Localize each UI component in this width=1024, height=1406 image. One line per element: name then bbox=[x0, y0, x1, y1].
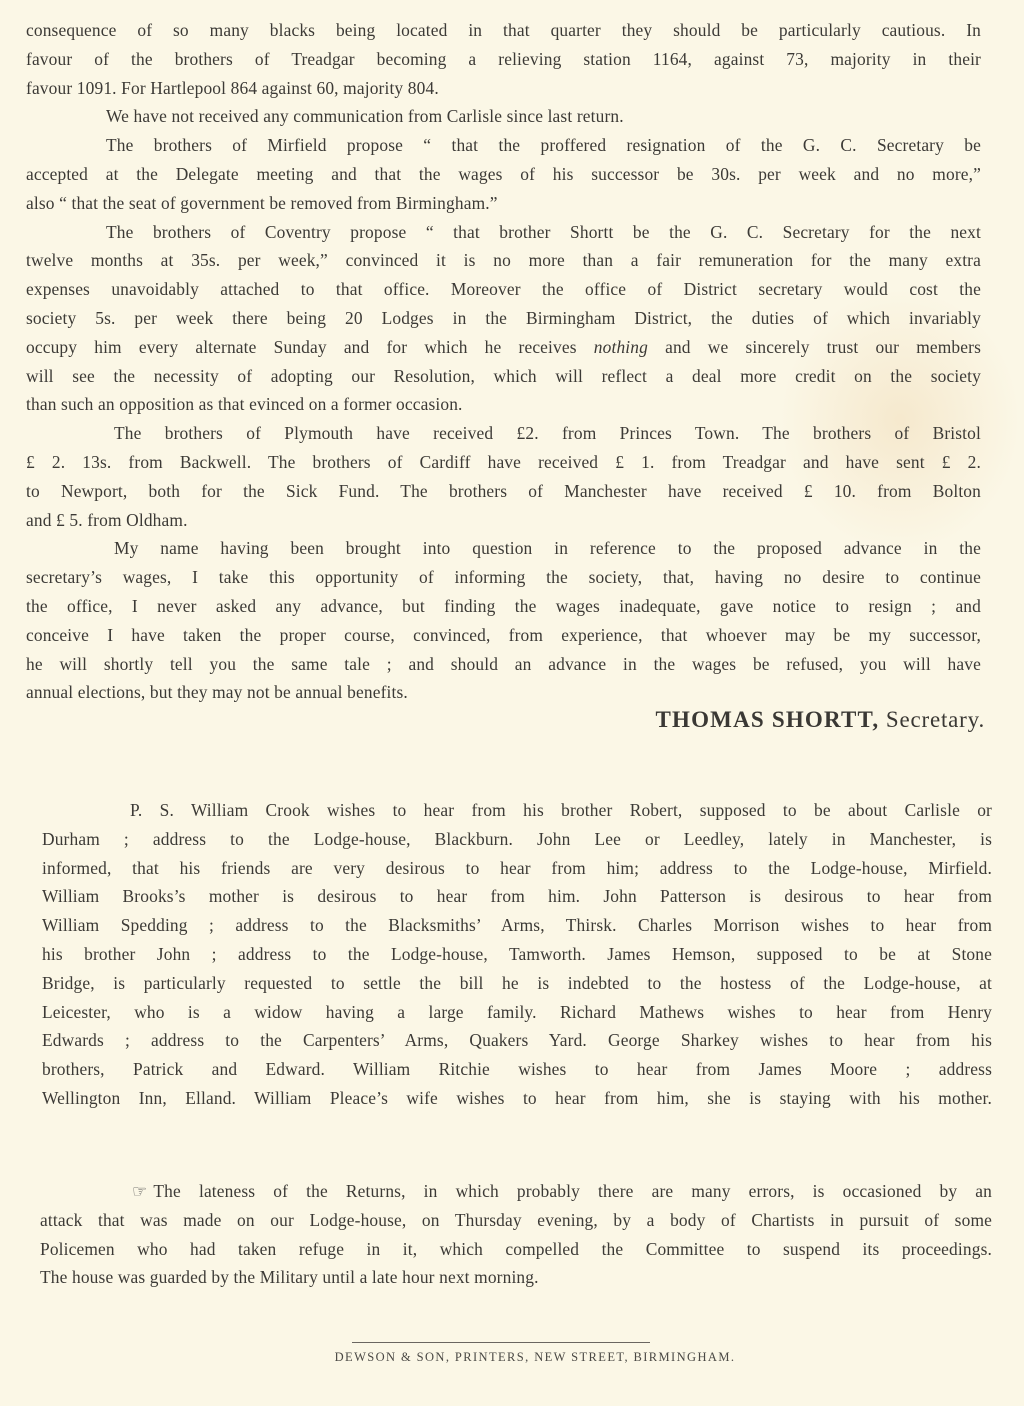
signature-name: THOMAS SHORTT, bbox=[655, 707, 879, 732]
main-text-line: will see the necessity of adopting our R… bbox=[26, 362, 981, 391]
main-text-line: also “ that the seat of government be re… bbox=[26, 189, 981, 218]
document-page: consequence of so many blacks being loca… bbox=[0, 0, 1024, 1406]
main-text-line: accepted at the Delegate meeting and tha… bbox=[26, 160, 981, 189]
pointing-hand-icon: ☞ bbox=[132, 1178, 147, 1207]
note-line: Policemen who had taken refuge in it, wh… bbox=[40, 1235, 992, 1264]
main-text-line: annual elections, but they may not be an… bbox=[26, 678, 981, 707]
main-text-line: conceive I have taken the proper course,… bbox=[26, 621, 981, 650]
main-text-line: The brothers of Coventry propose “ that … bbox=[26, 218, 981, 247]
signature: THOMAS SHORTT, Secretary. bbox=[575, 707, 985, 733]
main-text-line: favour 1091. For Hartlepool 864 against … bbox=[26, 74, 981, 103]
main-text-line: to Newport, both for the Sick Fund. The … bbox=[26, 477, 981, 506]
postscript-line: Leicester, who is a widow having a large… bbox=[42, 998, 992, 1027]
printer-imprint: DEWSON & SON, PRINTERS, NEW STREET, BIRM… bbox=[300, 1350, 770, 1365]
imprint-divider bbox=[352, 1342, 650, 1343]
main-text-line: The brothers of Plymouth have received £… bbox=[26, 419, 981, 448]
main-text-line: £ 2. 13s. from Backwell. The brothers of… bbox=[26, 448, 981, 477]
main-text-line: favour of the brothers of Treadgar becom… bbox=[26, 45, 981, 74]
main-text-line: than such an opposition as that evinced … bbox=[26, 390, 981, 419]
main-text-line: The brothers of Mirfield propose “ that … bbox=[26, 131, 981, 160]
postscript-line: Durham ; address to the Lodge-house, Bla… bbox=[42, 825, 992, 854]
main-text-line: expenses unavoidably attached to that of… bbox=[26, 275, 981, 304]
postscript-line: William Spedding ; address to the Blacks… bbox=[42, 911, 992, 940]
main-text-body: consequence of so many blacks being loca… bbox=[26, 16, 981, 707]
signature-title: Secretary. bbox=[886, 707, 985, 732]
note-line: attack that was made on our Lodge-house,… bbox=[40, 1206, 992, 1235]
postscript-text: P. S. William Crook wishes to hear from … bbox=[42, 796, 992, 1113]
main-text-line: My name having been brought into questio… bbox=[26, 534, 981, 563]
postscript-line: William Brooks’s mother is desirous to h… bbox=[42, 882, 992, 911]
main-text-line: and £ 5. from Oldham. bbox=[26, 506, 981, 535]
postscript-line: Wellington Inn, Elland. William Pleace’s… bbox=[42, 1084, 992, 1113]
postscript-line: informed, that his friends are very desi… bbox=[42, 854, 992, 883]
main-text-line: society 5s. per week there being 20 Lodg… bbox=[26, 304, 981, 333]
note-line: ☞The lateness of the Returns, in which p… bbox=[40, 1177, 992, 1206]
postscript-line: his brother John ; address to the Lodge-… bbox=[42, 940, 992, 969]
postscript-line: P. S. William Crook wishes to hear from … bbox=[42, 796, 992, 825]
main-text-line: secretary’s wages, I take this opportuni… bbox=[26, 563, 981, 592]
main-text-line: consequence of so many blacks being loca… bbox=[26, 16, 981, 45]
postscript-line: brothers, Patrick and Edward. William Ri… bbox=[42, 1055, 992, 1084]
main-text-line: twelve months at 35s. per week,” convinc… bbox=[26, 246, 981, 275]
postscript-line: Edwards ; address to the Carpenters’ Arm… bbox=[42, 1026, 992, 1055]
lateness-note: ☞The lateness of the Returns, in which p… bbox=[40, 1177, 992, 1292]
main-text-line: the office, I never asked any advance, b… bbox=[26, 592, 981, 621]
main-text-line: he will shortly tell you the same tale ;… bbox=[26, 650, 981, 679]
postscript-line: Bridge, is particularly requested to set… bbox=[42, 969, 992, 998]
note-line: The house was guarded by the Military un… bbox=[40, 1263, 992, 1292]
main-text-line: occupy him every alternate Sunday and fo… bbox=[26, 333, 981, 362]
main-text-line: We have not received any communication f… bbox=[26, 102, 981, 131]
